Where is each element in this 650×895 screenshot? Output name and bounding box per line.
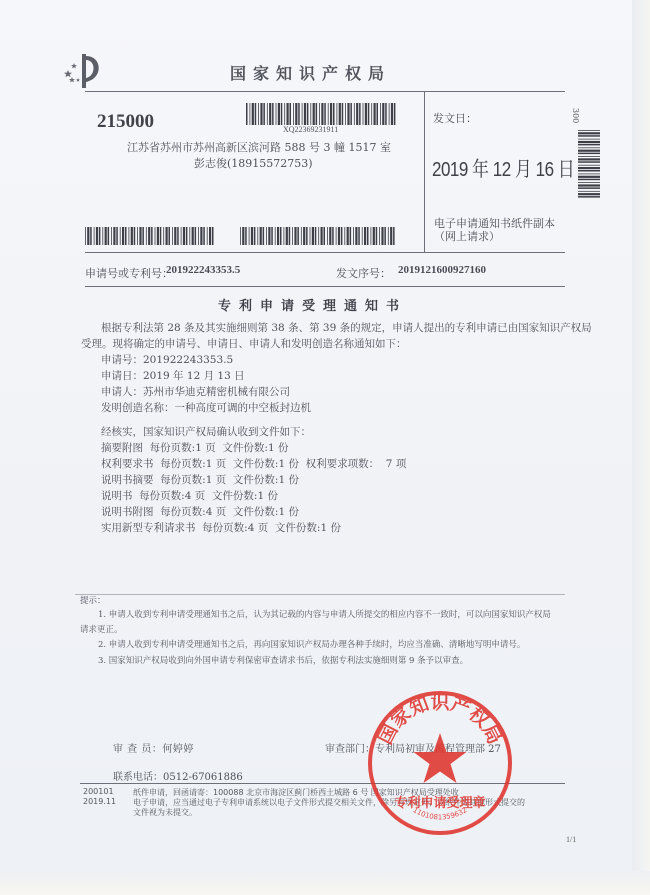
official-seal-icon: 国家知识产权局 专利申请受理章 1101081359632 xyxy=(366,689,514,837)
serial-number-label: 发文序号： xyxy=(336,265,391,281)
recipient-address: 江苏省苏州市苏州高新区滨河路 588 号 3 幢 1517 室 xyxy=(127,139,391,155)
form-code: 200101 xyxy=(83,787,114,796)
intro-text: 受理。现将确定的申请号、申请日、申请人和发明创造名称通知如下： xyxy=(81,336,407,351)
field-application-date: 申请日：2019 年 12 月 13 日 xyxy=(101,368,245,383)
page-number: 1/1 xyxy=(566,835,576,844)
side-number: 300 xyxy=(571,108,580,123)
tip-item: 2. 申请人收到专利申请受理通知书之后，再向国家知识产权局办理各种手续时，均应当… xyxy=(98,638,525,650)
serial-number: 2019121600927160 xyxy=(398,264,486,276)
svg-text:专利申请受理章: 专利申请受理章 xyxy=(394,795,485,811)
document-page: 国家知识产权局 215000 XQ22369231911 江苏省苏州市苏州高新区… xyxy=(0,0,650,895)
footer-note: 文件视为未提交。 xyxy=(133,807,197,818)
barcode-vertical xyxy=(578,130,600,198)
divider xyxy=(424,92,425,252)
divider xyxy=(85,286,565,287)
tip-item: 请求更正。 xyxy=(80,623,123,635)
divider xyxy=(85,91,565,92)
contact-phone: 联系电话：0512-67061886 xyxy=(113,768,243,783)
barcode xyxy=(246,103,396,125)
application-number: 201922243353.5 xyxy=(166,264,240,276)
recipient-contact: 彭志俊(18915572753) xyxy=(194,155,313,171)
issue-date: 2019 年 12 月 16 日 xyxy=(432,152,574,182)
notice-title: 专利申请受理通知书 xyxy=(218,295,407,314)
barcode xyxy=(85,227,215,245)
field-application-number: 申请号：201922243353.5 xyxy=(101,352,233,367)
barcode xyxy=(240,227,395,245)
form-version: 2019.11 xyxy=(83,797,116,806)
document-item: 说明书附图 每份页数:4 页 文件份数:1 份 xyxy=(101,504,299,519)
document-item: 说明书摘要 每份页数:1 页 文件份数:1 份 xyxy=(101,472,299,487)
application-number-label: 申请号或专利号： xyxy=(85,265,173,281)
verify-intro: 经核实，国家知识产权局确认收到文件如下： xyxy=(101,424,311,439)
document-item: 摘要附图 每份页数:1 页 文件份数:1 份 xyxy=(101,440,288,455)
cnipa-logo-icon xyxy=(62,48,106,92)
divider xyxy=(85,252,565,253)
divider xyxy=(75,594,565,595)
document-item: 权利要求书 每份页数:1 页 文件份数:1 份 权利要求项数： 7 项 xyxy=(101,456,406,471)
field-invention-name: 发明创造名称：一种高度可调的中空板封边机 xyxy=(101,400,311,415)
examiner: 审 查 员：何婷婷 xyxy=(113,740,194,755)
tips-label: 提示： xyxy=(80,594,106,606)
tip-item: 3. 国家知识产权局收到向外国申请专利保密审查请求书后，依据专利法实施细则第 9… xyxy=(98,654,468,666)
intro-text: 根据专利法第 28 条及其实施细则第 38 条、第 39 条的规定，申请人提出的… xyxy=(101,320,592,335)
office-name: 国家知识产权局 xyxy=(230,61,391,84)
paper-edge xyxy=(632,0,650,895)
postcode: 215000 xyxy=(97,111,154,133)
tip-item: 1. 申请人收到专利申请受理通知书之后，认为其记载的内容与申请人所提交的相应内容… xyxy=(98,608,551,620)
document-item: 说明书 每份页数:4 页 文件份数:1 份 xyxy=(101,488,278,503)
barcode-id: XQ22369231911 xyxy=(283,125,338,134)
field-applicant: 申请人：苏州市华迪克精密机械有限公司 xyxy=(101,384,290,399)
issue-date-label: 发文日： xyxy=(433,110,477,126)
document-item: 实用新型专利请求书 每份页数:4 页 文件份数:1 份 xyxy=(101,520,341,535)
paper-edge-bottom xyxy=(0,871,650,895)
copy-note: 电子申请通知书纸件副本（网上请求） xyxy=(434,217,564,243)
